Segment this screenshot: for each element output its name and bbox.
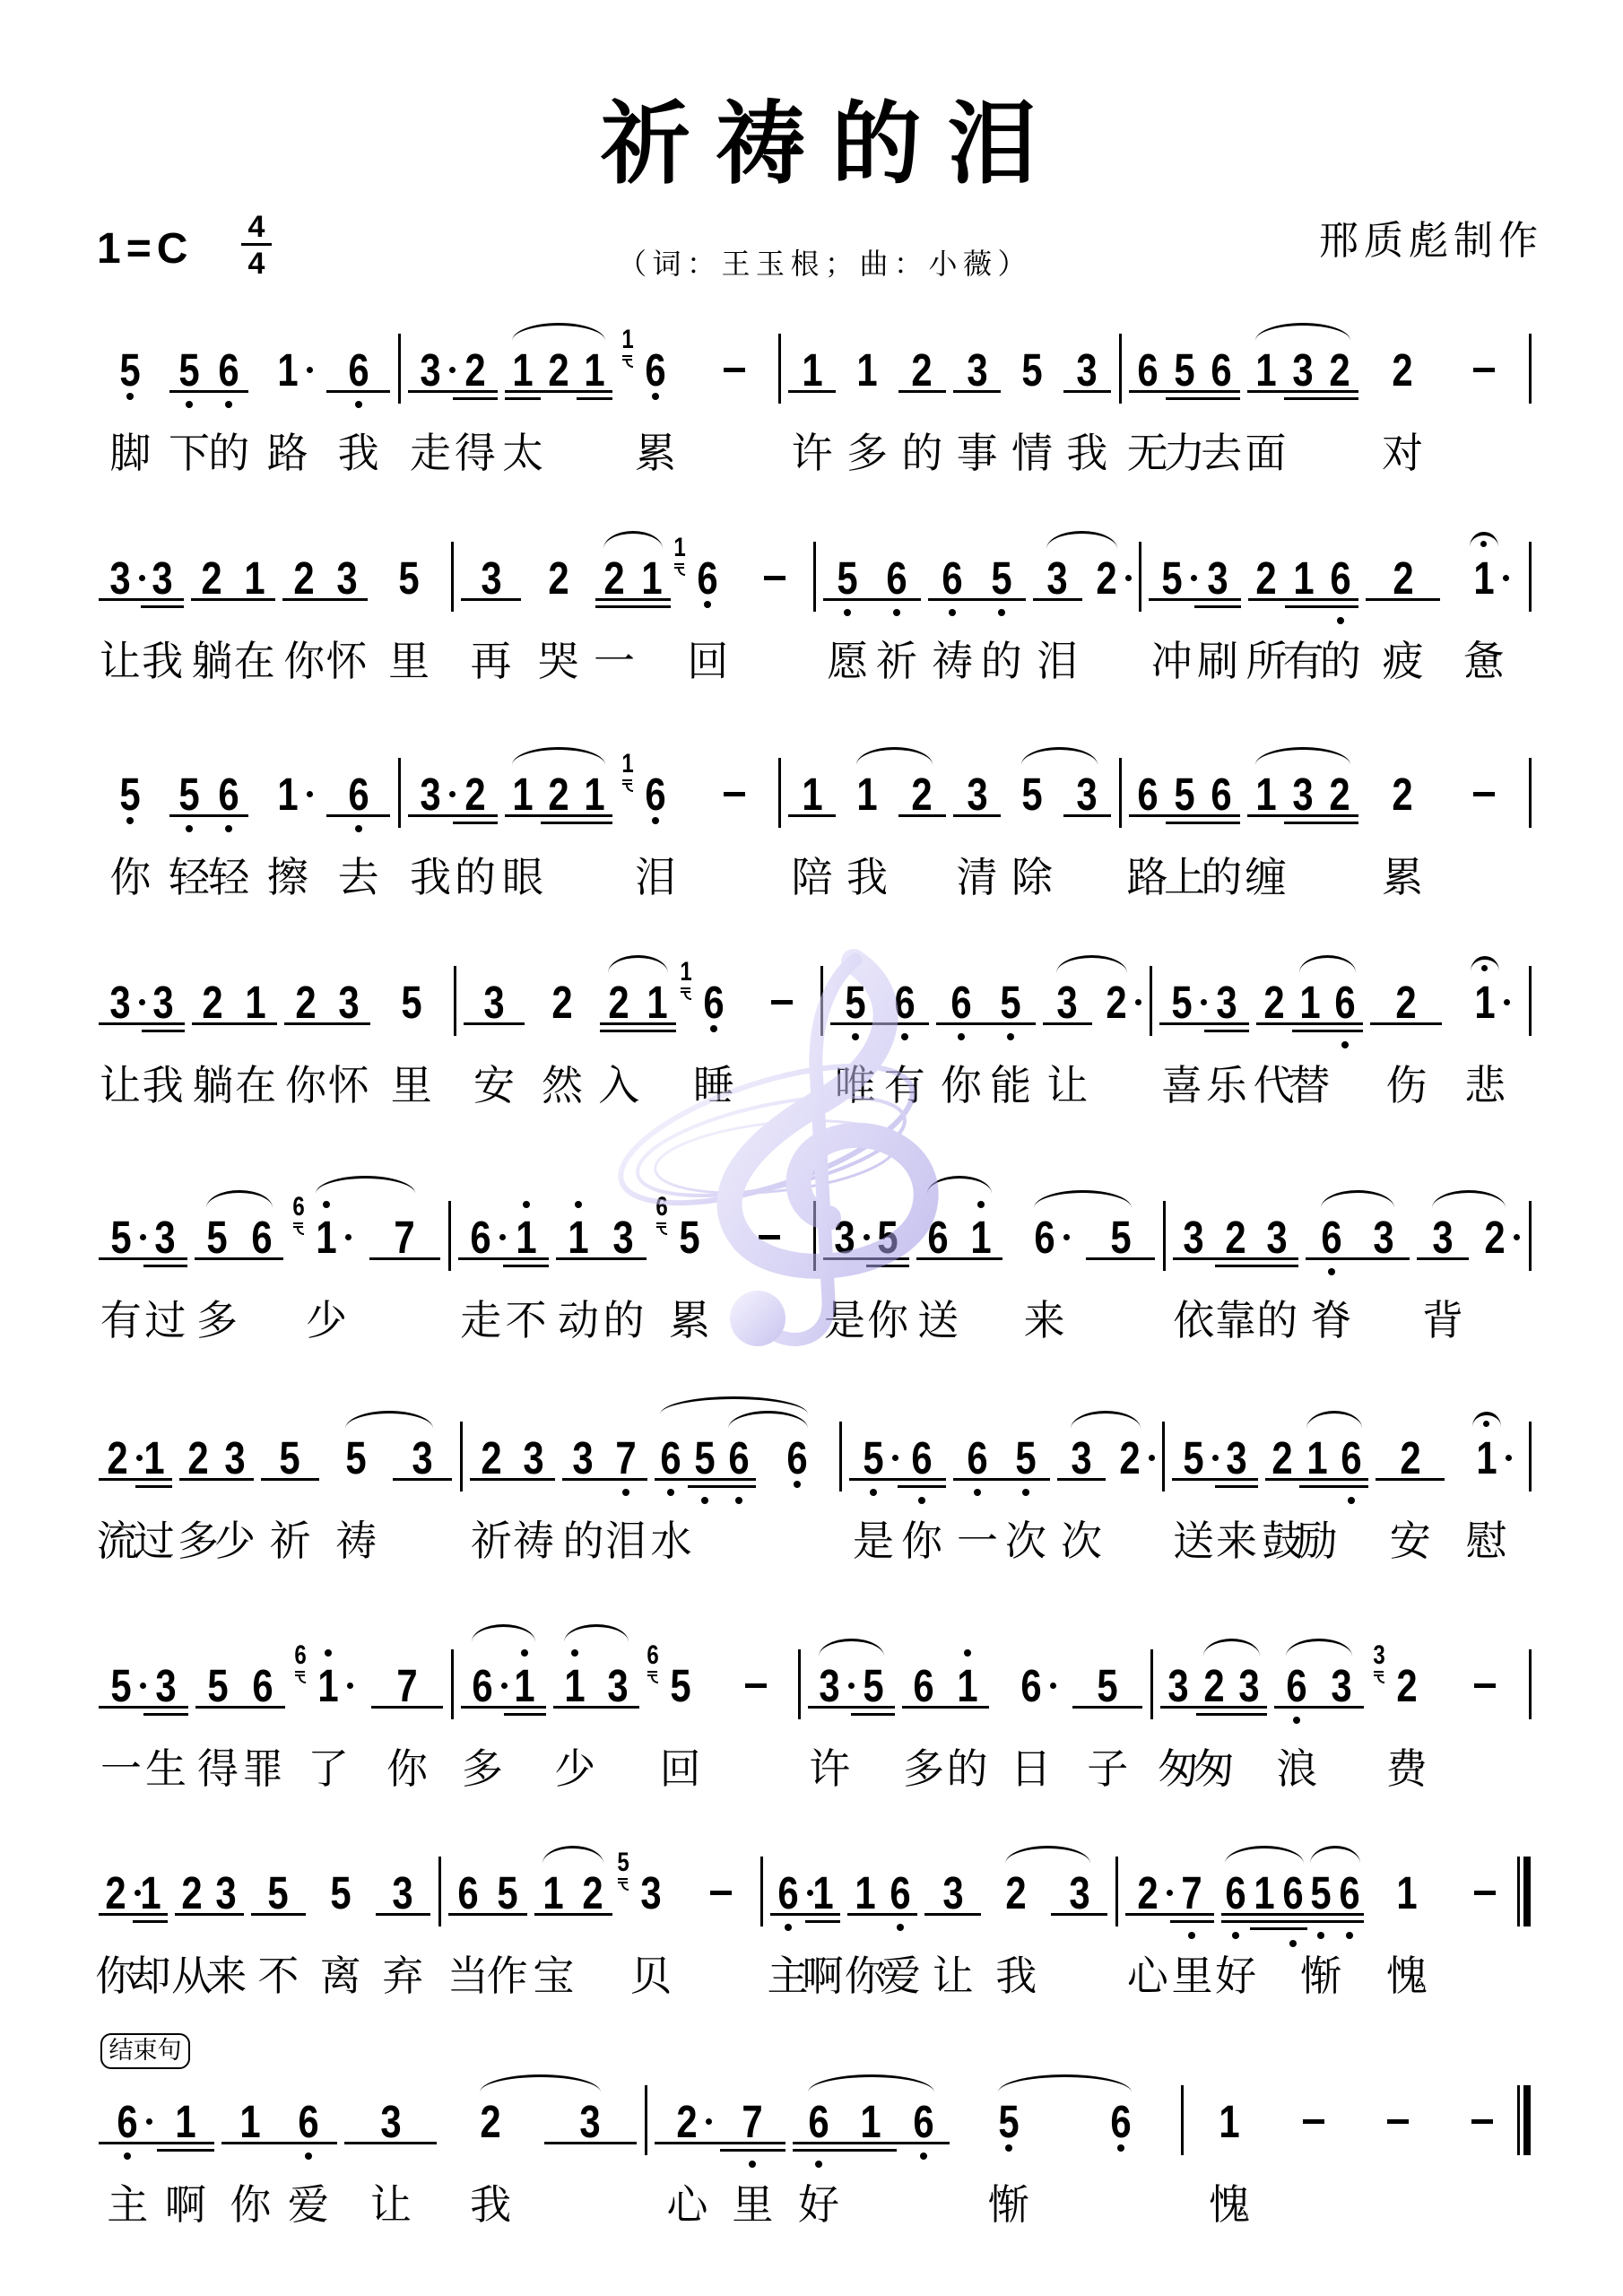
score-row: 2你1却2从3来5不5离3弃6当5作1宝235贝-6主1啊1你6爱3让2我32心… [90,1871,1530,2005]
underline [866,1265,909,1267]
note-digit: 1 [856,772,877,817]
lyric-char: 过 [134,1518,175,1563]
note-digit: 3 [1071,1436,1091,1481]
note-digit: 7 [396,1664,417,1709]
note-group: 5唯6有 [830,980,929,1025]
note: 5惭 [957,2100,1062,2144]
note-digit: 2 [1272,1436,1293,1481]
lower-octave-dot [124,2152,131,2160]
note-group: 1多 [843,348,890,393]
lyric-char: 乐 [1206,1063,1247,1108]
note: 5是 [849,1436,898,1481]
note-digit: 6 [890,1871,910,1916]
note-digit: 6 [348,772,369,817]
note-group: 56累 [654,1215,726,1260]
lyric-char: 来 [1024,1298,1065,1343]
note: 5祷 [326,1436,386,1481]
note: 5有 [99,1215,143,1260]
note: 3事 [953,348,1001,393]
note-group: 2你3怀 [284,980,370,1025]
note: 1过 [135,1436,172,1481]
note: 5祈 [261,1436,320,1481]
note-digit: 1 [512,348,533,393]
underline [600,1022,638,1025]
note-group: 35贝 [620,1871,682,1916]
dash-bar [1471,2119,1493,2124]
note-digit: 5 [991,556,1011,601]
lower-octave-dot [870,1489,877,1496]
underline [882,1913,917,1916]
underline [1215,1478,1258,1481]
lyric-char: 了 [308,1746,349,1791]
note: 5得 [195,1664,240,1709]
note: 3让 [924,1871,981,1916]
augmentation-dot [307,791,313,797]
barline [1529,542,1532,612]
note-group: 5脚 [99,348,162,393]
lyric-char: 的 [1201,855,1242,900]
underline [722,1478,756,1481]
lyric-char: 不 [257,1953,299,1998]
note: 7 [369,1215,440,1260]
slur-arc [1306,1411,1362,1429]
note: 5里 [378,980,446,1025]
note: 2 [1092,980,1141,1025]
lyric-char: 让 [370,2182,412,2227]
underline [175,1913,209,1916]
note: 2然 [532,980,593,1025]
underline [1306,1257,1358,1260]
note-digit: 2 [107,1436,127,1481]
note: 5 [851,1664,894,1709]
underline [1247,814,1284,817]
underline [1232,1706,1268,1709]
grace-hook [297,1227,304,1235]
underline [344,2142,437,2144]
note-group: 1你6爱 [847,1871,917,1916]
lyric-char: 我 [470,2182,511,2227]
lyric-char: 的 [562,1518,603,1563]
lyric-char: 多 [903,1746,944,1791]
underline [141,598,183,601]
note-digit: 3 [155,1215,176,1260]
note-digit: 6 [117,2100,138,2144]
underline [1358,1257,1410,1260]
lyric-char: 祷 [335,1518,377,1563]
underline [1166,822,1202,824]
note: 2你 [284,980,327,1025]
underline [1173,1257,1215,1260]
lyric-char: 却 [130,1953,171,1998]
note-group: 3我2的 [408,772,498,817]
note: 16了 [292,1664,364,1709]
note-digit: 5 [120,348,141,393]
note-digit: 3 [523,1436,543,1481]
underline [1279,1927,1307,1930]
note: 2一 [595,556,633,601]
lyric-char: 让 [100,639,141,683]
note: 5子 [1072,1664,1142,1709]
note-digit: 1 [277,348,298,393]
lyric-char: 面 [1245,430,1287,475]
note: 5除 [1008,772,1055,817]
underline [448,1913,488,1916]
note-digit: 7 [395,1215,415,1260]
note: 6一 [953,1436,1002,1481]
underline [371,1706,443,1709]
grace-beam [295,1671,305,1673]
note: 1宝 [534,1871,574,1916]
note-digit: 3 [1167,1664,1188,1709]
grace-hook [626,360,633,368]
note: 6去 [1203,348,1240,393]
lyric-char: 心 [666,2182,707,2227]
grace-digit: 6 [645,1642,661,1669]
note-digit: 6 [219,772,239,817]
measure: 3匆2匆36浪323费- [1151,1664,1530,1709]
note: 3我 [141,556,183,601]
note-group: 2安 [1376,1436,1445,1481]
note-digit: 1 [861,2100,881,2144]
note: 6无 [1129,348,1166,393]
underline [133,1920,167,1923]
score-row: 5脚5下6的1路6我3走2得1太2161累-1许1多2的3事5情3我6无5力6去… [90,348,1530,483]
note: 2你 [99,1871,133,1916]
measure: 6路5上6的1缠322累- [1120,772,1530,817]
note-group: - [733,1215,805,1260]
lyric-char: 多 [196,1298,238,1343]
sustain-dash: - [1446,772,1521,817]
note-digit: 6 [645,772,665,817]
underline [234,1022,277,1025]
lyric-char: 我 [846,855,888,900]
note-group: 3匆2匆3 [1160,1664,1267,1709]
lyric-char: 少 [214,1518,256,1563]
underline [458,1257,503,1260]
lyric-char: 清 [957,855,998,900]
note: 1愧 [1371,1871,1442,1916]
note-group: 3再 [461,556,521,601]
underline [1129,814,1166,817]
note-group: 3走2得 [408,348,498,393]
lyric-char: 送 [917,1298,959,1343]
note: 6罪 [240,1664,285,1709]
note-digit: 3 [1216,980,1237,1025]
note-digit: 1 [647,980,667,1025]
note-group: 1你6爱 [221,2100,337,2144]
lyric-char: 啊 [165,2182,206,2227]
underline [1221,1920,1250,1923]
note-group: - [1446,772,1521,817]
note: 5能 [986,980,1036,1025]
dash-bar [771,1000,793,1004]
augmentation-dot [1514,1234,1520,1240]
slur-arc [472,1624,536,1642]
lyric-char: 次 [1061,1518,1102,1563]
note-digit: 5 [330,1871,351,1916]
note-digit: 1 [584,348,604,393]
note: 3怀 [325,556,368,601]
underline [1370,1022,1442,1025]
note-group: 3让3我 [99,556,184,601]
lower-octave-dot [1289,1940,1297,1947]
note-group: 6日 [996,1664,1066,1709]
note-group: - [699,348,770,393]
grace-beam [656,1222,666,1224]
note-digit: 6 [1321,1215,1341,1260]
note: 6 [722,1436,756,1481]
measure: 3走2得1太2161累- [399,348,779,393]
note: 5唯 [830,980,880,1025]
note: 5离 [313,1871,368,1916]
note-digit: 6 [950,980,971,1025]
note: 5你 [866,1215,909,1260]
note-digit: 2 [1107,980,1127,1025]
note-group: 5多6 [195,1215,283,1260]
lower-octave-dot [785,1924,792,1931]
note-group: 3 [544,2100,637,2144]
note: 6路 [1129,772,1166,817]
lyric-char: 你 [109,855,151,900]
note-group: 61回 [678,556,738,601]
note-digit: 2 [1119,1436,1140,1481]
grace-note: 6 [652,1194,672,1239]
note-group: - [1275,2100,1352,2144]
measure: 6多11少356回- [452,1664,799,1709]
slur-arc [608,955,668,973]
note: 5力 [1166,348,1202,393]
lyric-char: 泪 [605,1518,647,1563]
note: 1在 [233,556,275,601]
note-group: 5冲3刷 [1149,556,1241,601]
note-digit: 5 [401,980,421,1025]
dash-bar [724,368,745,372]
lyric-char: 唯 [835,1063,876,1108]
underline [788,814,836,817]
measure: 3是5你6送16来5 [814,1215,1164,1260]
measure: 2祈3祷3的7泪6水566 [461,1436,840,1481]
note: 2的 [898,348,946,393]
underline [953,1478,1002,1481]
underline [688,1485,722,1488]
note-group: 61睡 [683,980,744,1025]
lyric-char: 你 [901,1518,942,1563]
lyric-char: 悲 [1464,1063,1506,1108]
note-group: 1路 [256,348,319,393]
note: 5 [1086,1215,1155,1260]
note-group: 2鼓1励6 [1265,1436,1368,1481]
lyric-char: 你 [283,639,325,683]
lyric-char: 路 [1127,855,1168,900]
lyric-char: 多 [846,430,888,475]
sustain-dash: - [1449,1664,1521,1709]
underline [1334,1478,1368,1481]
note: 1眼 [505,772,541,817]
note: 6 [1335,1871,1364,1916]
lower-octave-dot [1293,1717,1300,1724]
grace-digit: 3 [1371,1642,1387,1669]
note: 2哭 [528,556,588,601]
note-digit: 6 [1341,1436,1361,1481]
note: 5作 [488,1871,527,1916]
note: 6 [763,1436,831,1481]
note-group: 2我 [444,2100,536,2144]
underline [504,1706,547,1709]
underline [823,598,872,601]
underline [577,822,612,824]
note-digit: 1 [317,1664,338,1709]
underline [326,814,390,817]
grace-beam [293,1222,303,1224]
note-digit: 5 [1171,980,1192,1025]
lyric-char: 所 [1245,639,1287,683]
underline [722,1485,756,1488]
note-digit: 5 [110,1215,131,1260]
note-digit: 5 [1098,1664,1118,1709]
note-digit: 7 [742,2100,763,2144]
note: 2 [1106,1436,1154,1481]
note: 1多 [843,348,890,393]
note-digit: 6 [1137,772,1158,817]
note-digit: 6 [1137,348,1158,393]
lyric-char: 疲 [1383,639,1424,683]
note-digit: 3 [380,2100,401,2144]
lyric-char: 好 [798,2182,839,2227]
lyric-char: 除 [1011,855,1053,900]
underline [805,1920,840,1923]
note-group: 5轻6轻 [169,772,249,817]
note-group: 1缠32 [1247,772,1358,817]
measure: 2心7里6好165惭61愧- [1116,1871,1530,1916]
note: 3安 [464,980,525,1025]
note: 6当 [448,1871,488,1916]
note-digit: 3 [1069,1871,1089,1916]
note: 3 [1051,1871,1107,1916]
grace-beam [1374,1671,1384,1673]
note: 6祈 [872,556,922,601]
lyric-char: 一 [100,1746,142,1791]
underline [851,1713,894,1716]
lyric-char: 动 [558,1298,599,1343]
note-digit: 2 [1137,1871,1158,1916]
note: 5下 [169,348,209,393]
dash-bar [1474,1683,1496,1688]
score-row: 3让3我2躺1在2你3怀5里3再2哭2一161回-5愿6祈6祷5的3泪25冲3刷… [90,556,1530,691]
lower-octave-dot [667,1489,674,1496]
lyric-char: 替 [1289,1063,1331,1108]
lyric-char: 子 [1087,1746,1128,1791]
note-digit: 2 [106,1871,126,1916]
note-digit: 2 [1203,1664,1224,1709]
underline [505,390,541,393]
upper-octave-dot [523,1201,530,1208]
lower-octave-dot [1341,1041,1349,1048]
note-group: 2的 [898,348,946,393]
lyric-char: 流 [97,1518,138,1563]
note-group: 3背2 [1417,1215,1521,1260]
note: 2流 [99,1436,135,1481]
augmentation-dot [1135,999,1141,1005]
sustain-dash: - [1450,1871,1521,1916]
lower-octave-dot [918,1497,925,1504]
underline [195,1706,240,1709]
lower-octave-dot [126,393,134,400]
note: 6我 [326,348,390,393]
note: 6去 [326,772,390,817]
note-digit: 2 [464,348,485,393]
note: 1 [633,556,671,601]
underline [1166,814,1202,817]
underline [1204,1022,1249,1025]
note-group: 2心7里 [655,2100,785,2144]
lyric-char: 我 [1066,430,1107,475]
note-group: 7 [369,1215,440,1260]
note: 2所 [1248,556,1285,601]
note: 1有 [1285,556,1322,601]
note-digit: 2 [1392,772,1412,817]
lyric-char: 多 [462,1746,503,1791]
note-digit: 7 [615,1436,636,1481]
underline [953,390,1001,393]
underline [851,1706,894,1709]
note: 3来 [1215,1436,1258,1481]
note-group: - [751,980,812,1025]
lyric-char: 擦 [267,855,308,900]
note-group: 3许5 [808,1664,895,1709]
underline [916,1257,959,1260]
slur-arc [1071,1411,1141,1429]
underline [1072,1706,1142,1709]
lyric-char: 里 [391,1063,432,1108]
underline [169,814,209,817]
note-group: 5下6的 [169,348,249,393]
note-digit: 2 [464,772,485,817]
measure: 5有3过5多616少7 [90,1215,449,1260]
underline [470,1478,512,1481]
note-digit: 5 [206,1215,227,1260]
lyric-char: 背 [1422,1298,1463,1343]
grace-note: 1 [670,535,690,579]
note: 3让 [99,980,142,1025]
lyric-char: 脊 [1311,1298,1352,1343]
note: 6送 [916,1215,959,1260]
note-digit: 5 [1183,1436,1203,1481]
note: 2多 [179,1436,216,1481]
slur-arc [512,323,605,341]
lower-octave-dot [949,609,956,616]
underline [1334,1485,1368,1488]
underline [793,2149,845,2152]
underline [720,2149,785,2152]
note-digit: 6 [348,348,369,393]
grace-hook [684,992,691,1000]
lyric-char: 累 [635,430,676,475]
note-group: 5你 [99,772,162,817]
underline [1203,822,1240,824]
underline [556,1257,601,1260]
note-digit: 6 [1287,1664,1307,1709]
note: 1不 [503,1215,548,1260]
note: 1在 [234,980,277,1025]
note-digit: 3 [412,1436,432,1481]
note-group: 6送1 [916,1215,1002,1260]
underline [847,1913,882,1916]
underline [505,814,541,817]
note: 1 [638,980,677,1025]
note: 1愧 [1191,2100,1268,2144]
note: 1啊 [805,1871,840,1916]
note: 6祷 [928,556,977,601]
